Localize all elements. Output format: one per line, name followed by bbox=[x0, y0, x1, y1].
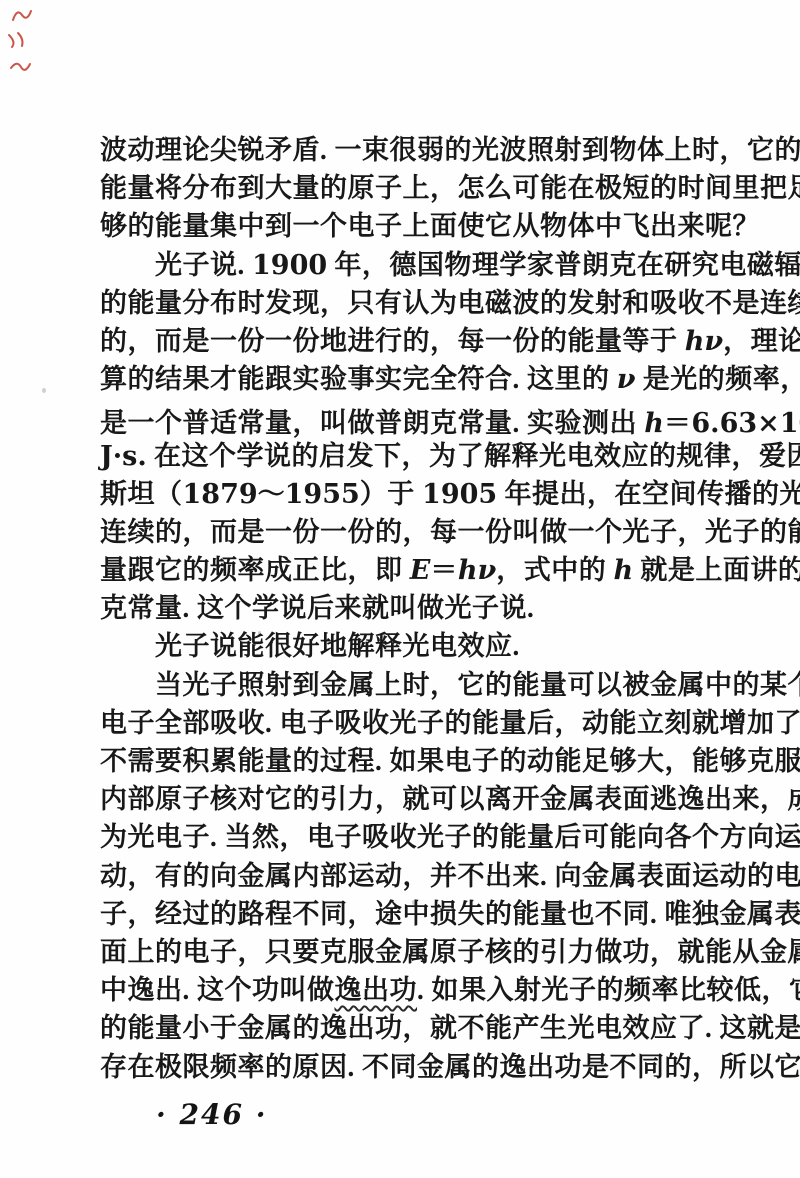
key-term: 光子说 bbox=[445, 593, 528, 623]
text-segment: 年，德国物理学家普朗克在研究电磁辐射 bbox=[327, 250, 800, 280]
text-line: 的，而是一份一份地进行的，每一份的能量等于 hν，理论计 bbox=[100, 322, 728, 360]
text-segment: 中逸出. 这个功叫做 bbox=[100, 975, 335, 1005]
text-segment: ，式中的 bbox=[496, 555, 613, 585]
text-line: 光子说. 1900 年，德国物理学家普朗克在研究电磁辐射 bbox=[100, 246, 728, 284]
text-line: 够的能量集中到一个电子上面使它从物体中飞出来呢？ bbox=[100, 207, 728, 245]
text-segment: E bbox=[410, 555, 431, 586]
key-term: 逸出功 bbox=[335, 975, 418, 1005]
scanned-book-page: 波动理论尖锐矛盾. 一束很弱的光波照射到物体上时，它的能量将分布到大量的原子上，… bbox=[0, 0, 800, 1178]
text-segment: ＝ bbox=[430, 555, 458, 585]
text-line: 量跟它的频率成正比，即 E＝hν，式中的 h 就是上面讲的普朗 bbox=[100, 551, 728, 589]
text-line: 是一个普适常量，叫做普朗克常量. 实验测出 h＝6.63×10−34 bbox=[100, 398, 728, 436]
text-line: 当光子照射到金属上时，它的能量可以被金属中的某个 bbox=[100, 666, 728, 704]
red-pen-mark-icon bbox=[6, 30, 28, 50]
text-segment: 为光电子. 当然，电子吸收光子的能量后可能向各个方向运 bbox=[100, 822, 800, 852]
text-line: 为光电子. 当然，电子吸收光子的能量后可能向各个方向运 bbox=[100, 818, 728, 856]
key-term: 光子说 bbox=[155, 250, 238, 280]
text-segment: 能量将分布到大量的原子上，怎么可能在极短的时间里把足 bbox=[100, 173, 800, 203]
text-segment: 就是上面讲的普朗 bbox=[633, 555, 800, 585]
text-line: 中逸出. 这个功叫做逸出功. 如果入射光子的频率比较低，它 bbox=[100, 971, 728, 1009]
text-line: 内部原子核对它的引力，就可以离开金属表面逃逸出来，成 bbox=[100, 780, 728, 818]
text-segment: 当光子照射到金属上时，它的能量可以被金属中的某个 bbox=[155, 670, 800, 700]
text-segment: hν bbox=[458, 555, 496, 586]
text-line: 算的结果才能跟实验事实完全符合. 这里的 ν 是光的频率，h bbox=[100, 360, 728, 398]
red-pen-mark-icon bbox=[9, 56, 33, 76]
text-segment: 1879～1955 bbox=[183, 479, 360, 510]
text-line: 连续的，而是一份一份的，每一份叫做一个光子，光子的能 bbox=[100, 513, 728, 551]
text-segment: 内部原子核对它的引力，就可以离开金属表面逃逸出来，成 bbox=[100, 784, 800, 814]
text-line: 的能量小于金属的逸出功，就不能产生光电效应了. 这就是 bbox=[100, 1009, 728, 1047]
text-segment: 的，而是一份一份地进行的，每一份的能量等于 bbox=[100, 326, 685, 356]
text-segment: 存在极限频率的原因. 不同金属的逸出功是不同的，所以它 bbox=[100, 1052, 800, 1082]
red-pen-marks bbox=[2, 2, 42, 82]
text-line: 子，经过的路程不同，途中损失的能量也不同. 唯独金属表 bbox=[100, 895, 728, 933]
text-segment: 连续的，而是一份一份的，每一份叫做一个光子，光子的能 bbox=[100, 517, 800, 547]
text-segment: 波动理论尖锐矛盾. 一束很弱的光波照射到物体上时，它的 bbox=[100, 135, 800, 165]
text-segment: 6.63×10 bbox=[691, 408, 800, 439]
text-segment: 是一个普适常量，叫做普朗克常量. 实验测出 bbox=[100, 408, 644, 438]
text-line: 波动理论尖锐矛盾. 一束很弱的光波照射到物体上时，它的 bbox=[100, 131, 728, 169]
text-line: 的能量分布时发现，只有认为电磁波的发射和吸收不是连续 bbox=[100, 284, 728, 322]
text-segment: 子，经过的路程不同，途中损失的能量也不同. 唯独金属表 bbox=[100, 899, 800, 929]
text-line: 光子说能很好地解释光电效应. bbox=[100, 627, 728, 665]
text-segment: 电子全部吸收. 电子吸收光子的能量后，动能立刻就增加了， bbox=[100, 708, 800, 738]
text-line: 动，有的向金属内部运动，并不出来. 向金属表面运动的电 bbox=[100, 857, 728, 895]
text-segment: 的能量小于金属的逸出功，就不能产生光电效应了. 这就是 bbox=[100, 1013, 800, 1043]
scan-speck bbox=[42, 388, 46, 393]
text-segment: ν bbox=[617, 364, 636, 395]
text-segment: hν bbox=[685, 326, 723, 357]
text-line: 不需要积累能量的过程. 如果电子的动能足够大，能够克服 bbox=[100, 742, 728, 780]
text-segment: 够的能量集中到一个电子上面使它从物体中飞出来呢？ bbox=[100, 211, 760, 241]
text-segment: . bbox=[527, 593, 534, 623]
text-segment: 算的结果才能跟实验事实完全符合. 这里的 bbox=[100, 364, 617, 394]
text-segment: 年提出，在空间传播的光也不是 bbox=[497, 479, 800, 509]
text-segment: ＝ bbox=[664, 408, 692, 438]
text-segment: 量跟它的频率成正比，即 bbox=[100, 555, 410, 585]
text-line: 电子全部吸收. 电子吸收光子的能量后，动能立刻就增加了， bbox=[100, 704, 728, 742]
text-line: 存在极限频率的原因. 不同金属的逸出功是不同的，所以它 bbox=[100, 1048, 728, 1086]
text-segment: J·s. bbox=[100, 441, 147, 472]
text-segment: h bbox=[644, 408, 664, 439]
text-line: 克常量. 这个学说后来就叫做光子说. bbox=[100, 589, 728, 627]
text-segment: . 如果入射光子的频率比较低，它 bbox=[417, 975, 800, 1005]
text-line: 面上的电子，只要克服金属原子核的引力做功，就能从金属 bbox=[100, 933, 728, 971]
red-pen-mark-icon bbox=[10, 5, 34, 25]
text-segment: 克常量. 这个学说后来就叫做 bbox=[100, 593, 445, 623]
page-number: · 246 · bbox=[156, 1098, 267, 1131]
text-segment: 的能量分布时发现，只有认为电磁波的发射和吸收不是连续 bbox=[100, 288, 800, 318]
text-line: 能量将分布到大量的原子上，怎么可能在极短的时间里把足 bbox=[100, 169, 728, 207]
text-segment: 1900 bbox=[252, 250, 327, 281]
text-segment: 1905 bbox=[422, 479, 497, 510]
text-segment: h bbox=[613, 555, 633, 586]
text-segment: 不需要积累能量的过程. 如果电子的动能足够大，能够克服 bbox=[100, 746, 800, 776]
text-line: J·s. 在这个学说的启发下，为了解释光电效应的规律，爱因 bbox=[100, 437, 728, 475]
text-segment: 是光的频率， bbox=[635, 364, 800, 394]
text-segment: 斯坦（ bbox=[100, 479, 183, 509]
text-segment: ，理论计 bbox=[723, 326, 800, 356]
text-segment: ）于 bbox=[360, 479, 422, 509]
text-segment: 动，有的向金属内部运动，并不出来. 向金属表面运动的电 bbox=[100, 861, 800, 891]
text-segment: . bbox=[238, 250, 253, 280]
text-segment: 光子说能很好地解释光电效应. bbox=[155, 631, 520, 661]
text-segment: 在这个学说的启发下，为了解释光电效应的规律，爱因 bbox=[147, 441, 800, 471]
body-text: 波动理论尖锐矛盾. 一束很弱的光波照射到物体上时，它的能量将分布到大量的原子上，… bbox=[100, 131, 728, 1086]
text-segment: 面上的电子，只要克服金属原子核的引力做功，就能从金属 bbox=[100, 937, 800, 967]
text-line: 斯坦（1879～1955）于 1905 年提出，在空间传播的光也不是 bbox=[100, 475, 728, 513]
